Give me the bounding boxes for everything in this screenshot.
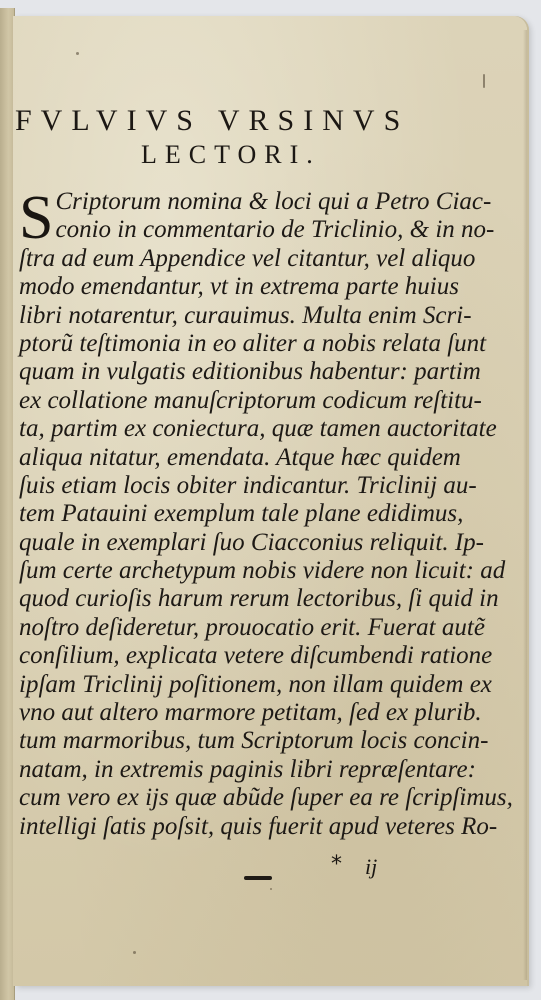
text-line: libri notarentur, curauimus. Multa enim … [19, 302, 519, 330]
drop-cap: S [19, 192, 53, 244]
opening-paragraph-start: S Criptorum nomina & loci qui a Petro Ci… [19, 188, 519, 245]
signature-asterisk-icon: * [331, 852, 342, 877]
text-line: quam in vulgatis editionibus habentur: p… [19, 358, 519, 386]
text-line: tum marmoribus, tum Scriptorum locis con… [19, 727, 519, 755]
page-footer: * ij [13, 852, 527, 892]
text-line: quale in exemplari ſuo Ciacconius reliqu… [19, 529, 519, 557]
text-line: intelligi ſatis poſsit, quis fuerit apud… [19, 813, 519, 841]
text-line: aliqua nitatur, emendata. Atque hæc quid… [19, 444, 519, 472]
text-line: modo emendantur, vt in extrema parte hui… [19, 273, 519, 301]
text-line: natam, in extremis paginis libri repræſe… [19, 756, 519, 784]
heading-lectori: LECTORI. [141, 140, 321, 170]
text-line: tem Patauini exemplum tale plane edidimu… [19, 500, 519, 528]
text-line: noſtro deſideretur, prouocatio erit. Fue… [19, 614, 519, 642]
paper-speck [76, 52, 79, 55]
text-line: Criptorum nomina & loci qui a Petro Ciac… [19, 188, 519, 216]
paper-speck [483, 74, 485, 88]
text-line: ipſam Triclinij poſitionem, non illam qu… [19, 671, 519, 699]
body-text: S Criptorum nomina & loci qui a Petro Ci… [19, 188, 519, 841]
text-line: ſuis etiam locis obiter indicantur. Tric… [19, 472, 519, 500]
text-line: quod curioſis harum rerum lectoribus, ſi… [19, 585, 519, 613]
text-line: vno aut altero marmore petitam, ſed ex p… [19, 699, 519, 727]
ink-mark [244, 876, 272, 880]
paper-speck [133, 951, 136, 954]
text-line: conſilium, explicata vetere diſcumbendi … [19, 642, 519, 670]
text-line: ex collatione manuſcriptorum codicum reſ… [19, 387, 519, 415]
page-edge-shadow [523, 30, 527, 980]
text-line: ſum certe archetypum nobis videre non li… [19, 557, 519, 585]
text-line: ſtra ad eum Appendice vel citantur, vel … [19, 245, 519, 273]
heading-author: FVLVIVS VRSINVS [15, 104, 409, 138]
text-line: conio in commentario de Triclinio, & in … [19, 216, 519, 244]
text-line: cum vero ex ijs quæ abũde ſuper ea re ſc… [19, 784, 519, 812]
text-line: ptorũ teſtimonia in eo aliter a nobis re… [19, 330, 519, 358]
book-page: FVLVIVS VRSINVS LECTORI. S Criptorum nom… [13, 16, 527, 986]
signature-number: ij [365, 854, 377, 880]
text-line: ta, partim ex coniectura, quæ tamen auct… [19, 415, 519, 443]
